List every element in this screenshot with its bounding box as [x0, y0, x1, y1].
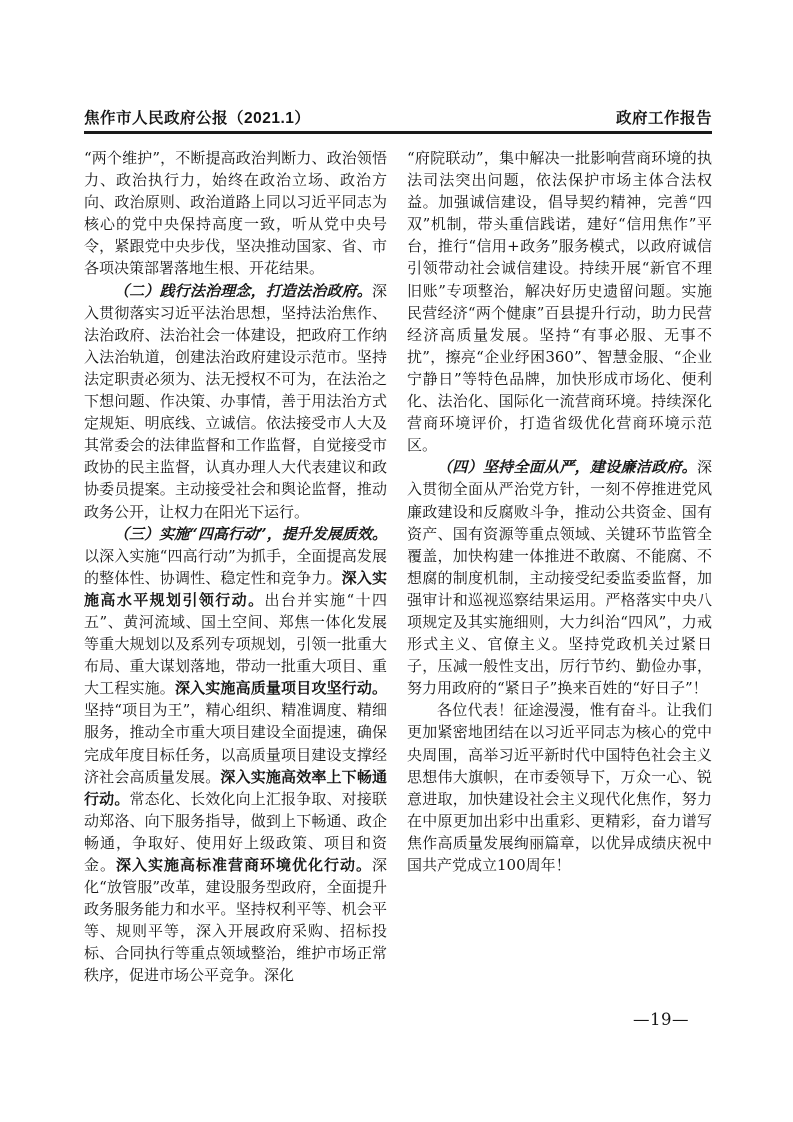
paragraph-continuation-two-upholds: “两个维护”，不断提高政治判断力、政治领悟力、政治执行力，始终在政治立场、政治方…: [84, 147, 387, 280]
right-column: “府院联动”，集中解决一批影响营商环境的执法司法突出问题，依法保护市场主体合法权…: [407, 147, 712, 987]
section-4-heading: （四）坚持全面从严，建设廉洁政府。: [437, 458, 697, 476]
section-3-subheading-business-environment: 深入实施高标准营商环境优化行动。: [116, 856, 372, 874]
header-rule: [84, 131, 712, 134]
section-4-body: 深入贯彻全面从严治党方针，一刻不停推进党风廉政建设和反腐败斗争，推动公共资金、国…: [407, 458, 712, 697]
paragraph-section-3-continuation: “府院联动”，集中解决一批影响营商环境的执法司法突出问题，依法保护市场主体合法权…: [407, 147, 712, 456]
paragraph-section-4: （四）坚持全面从严，建设廉洁政府。深入贯彻全面从严治党方针，一刻不停推进党风廉政…: [407, 456, 712, 699]
section-2-heading: （二）践行法治理念，打造法治政府。: [114, 282, 372, 300]
paragraph-section-2: （二）践行法治理念，打造法治政府。深入贯彻落实习近平法治思想，坚持法治焦作、法治…: [84, 280, 387, 523]
paragraph-section-3: （三）实施“四高行动”，提升发展质效。以深入实施“四高行动”为抓手，全面提高发展…: [84, 523, 387, 987]
paragraph-closing: 各位代表！征途漫漫，惟有奋斗。让我们更加紧密地团结在以习近平同志为核心的党中央周…: [407, 699, 712, 876]
header-report-title: 政府工作报告: [616, 106, 712, 128]
page-header: 焦作市人民政府公报（2021.1） 政府工作报告: [84, 106, 712, 128]
section-3-segment: 深化“放管服”改革，建设服务型政府，全面提升政务服务能力和水平。坚持权利平等、机…: [84, 856, 387, 984]
left-column: “两个维护”，不断提高政治判断力、政治领悟力、政治执行力，始终在政治立场、政治方…: [84, 147, 387, 987]
section-3-subheading-projects: 深入实施高质量项目攻坚行动。: [175, 679, 387, 697]
text-columns: “两个维护”，不断提高政治判断力、政治领悟力、政治执行力，始终在政治立场、政治方…: [84, 147, 712, 987]
section-2-body: 深入贯彻落实习近平法治思想，坚持法治焦作、法治政府、法治社会一体建设，把政府工作…: [84, 282, 387, 521]
section-3-heading: （三）实施“四高行动”，提升发展质效。: [114, 525, 387, 543]
header-gazette-title: 焦作市人民政府公报（2021.1）: [84, 106, 310, 128]
page-number: —19—: [633, 1010, 689, 1029]
